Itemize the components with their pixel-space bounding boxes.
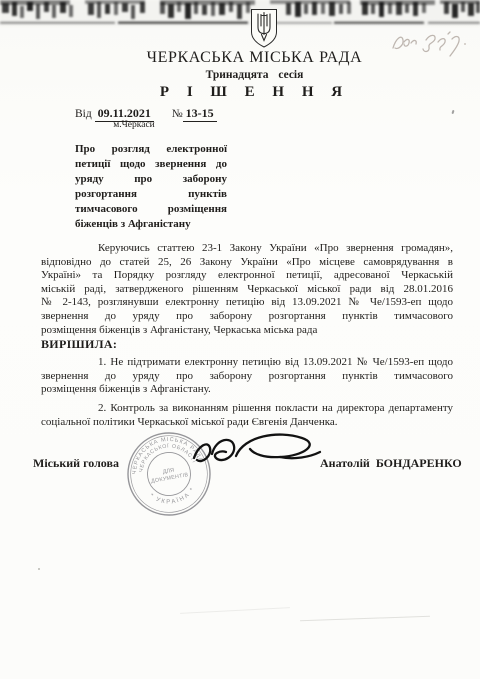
stamp-ring-outer-text: ЧЕРКАСЬКА МІСЬКА РАДА (127, 431, 205, 475)
text-line: відповідно до статей 25, 26 Закону Украї… (41, 256, 453, 270)
text-line: розміщення біженців з Афганістану, Черка… (41, 324, 453, 338)
number-value: 13-15 (183, 106, 217, 122)
city-label: м.Черкаси (84, 120, 184, 130)
date-number-row: Від 09.11.2021 №13-15 (75, 106, 217, 121)
document-header: ЧЕРКАСЬКА МІСЬКА РАДА Тринадцята сесія Р… (29, 49, 480, 101)
text-line: петиції щодо звернення до (75, 157, 227, 172)
scan-speck (180, 607, 290, 614)
date-label: Від (75, 108, 92, 120)
resolved-label: ВИРІШИЛА: (41, 337, 117, 352)
preamble-paragraph: Керуючись статтею 23-1 Закону України «П… (41, 242, 453, 337)
text-line: 1. Не підтримати електронну петицію від … (41, 356, 453, 370)
scan-speck (451, 110, 454, 114)
signer-position: Міський голова (33, 456, 119, 471)
text-line: міській раді, затвердженого рішенням Чер… (41, 283, 453, 297)
svg-text:ЧЕРКАСЬКОЇ ОБЛАСТІ: ЧЕРКАСЬКОЇ ОБЛАСТІ (134, 438, 197, 474)
text-line: тимчасового розміщення (75, 202, 227, 217)
scanned-decision-document: ЧЕРКАСЬКА МІСЬКА РАДА Тринадцята сесія Р… (0, 0, 480, 679)
text-line: біженців з Афганістану (75, 217, 227, 232)
ukraine-trident-emblem-icon (249, 8, 279, 49)
text-line: звернення до уряду про заборону розгорта… (41, 310, 453, 324)
resolution-item-2: 2. Контроль за виконанням рішення поклас… (41, 402, 453, 429)
signer-name: Анатолій БОНДАРЕНКО (320, 456, 462, 471)
document-type: Р І Ш Е Н Н Я (29, 84, 480, 101)
text-line: розміщення біженців з Афганістану. (41, 383, 453, 397)
council-name: ЧЕРКАСЬКА МІСЬКА РАДА (29, 49, 480, 66)
text-line: 2. Контроль за виконанням рішення поклас… (41, 402, 453, 416)
text-line: № 2-143, розглянувши електронну петицію … (41, 296, 453, 310)
text-line: уряду про заборону (75, 172, 227, 187)
number-label: № (172, 108, 183, 120)
text-line: Про розгляд електронної (75, 142, 227, 157)
text-line: Україні» та Порядку розгляду електронної… (41, 269, 453, 283)
stamp-center-line1: ДЛЯ (162, 468, 174, 476)
text-line: Керуючись статтею 23-1 Закону України «П… (41, 242, 453, 256)
svg-text:ЧЕРКАСЬКА МІСЬКА РАДА: ЧЕРКАСЬКА МІСЬКА РАДА (127, 431, 205, 475)
decision-title: Про розгляд електронноїпетиції щодо звер… (75, 142, 227, 233)
stamp-ring-bottom-text: * УКРАЇНА * (148, 485, 199, 509)
text-line: звернення до уряду про заборону розгорта… (41, 370, 453, 384)
resolution-item-1: 1. Не підтримати електронну петицію від … (41, 356, 453, 397)
scan-speck (300, 616, 430, 622)
session-name: Тринадцята сесія (29, 69, 480, 82)
stamp-center-line2: ДОКУМЕНТІВ (151, 472, 189, 484)
text-line: розгортання пунктів (75, 187, 227, 202)
text-line: соціальної політики Черкаської міської р… (41, 416, 453, 430)
svg-text:* УКРАЇНА *: * УКРАЇНА * (148, 485, 199, 509)
round-official-stamp-icon: ЧЕРКАСЬКА МІСЬКА РАДА ЧЕРКАСЬКОЇ ОБЛАСТІ… (119, 424, 219, 524)
handwritten-signature-icon (186, 430, 328, 484)
stamp-ring-inner-text: ЧЕРКАСЬКОЇ ОБЛАСТІ (134, 438, 197, 474)
scan-speck (38, 568, 40, 570)
